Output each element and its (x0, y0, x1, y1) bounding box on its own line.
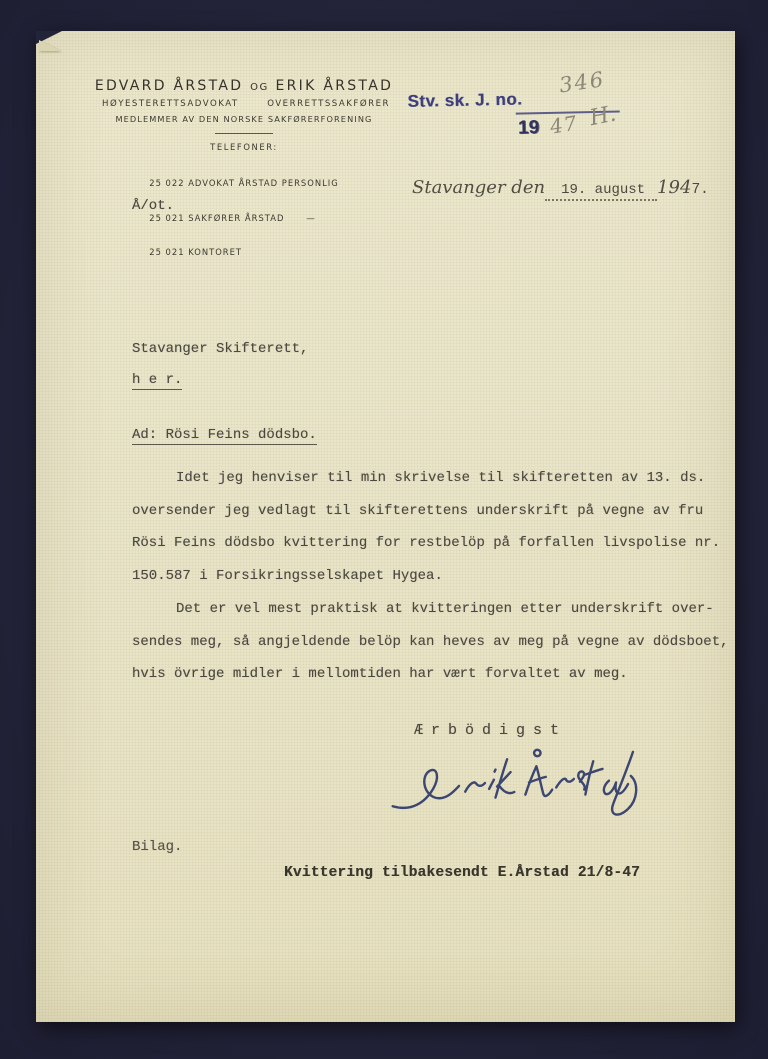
letterhead-title-right: OVERRETTSSAKFØRER (267, 99, 390, 109)
letterhead-name-second: ERIK ÅRSTAD (276, 78, 394, 94)
dateline-year-typed: 7. (691, 182, 708, 198)
letterhead-titles: HØYESTERETTSADVOKAT OVERRETTSSAKFØRER (88, 99, 400, 109)
letterhead-name-conjunction: og (250, 82, 269, 93)
journal-stamp: Stv. sk. J. no. 346 19 47 H. (407, 72, 689, 178)
letterhead: EDVARD ÅRSTAD og ERIK ÅRSTAD HØYESTERETT… (88, 78, 400, 282)
body-line: oversender jeg vedlagt til skifterettens… (132, 495, 742, 528)
letterhead-names: EDVARD ÅRSTAD og ERIK ÅRSTAD (88, 78, 400, 94)
paragraph-2: Det er vel mest praktisk at kvitteringen… (132, 593, 742, 691)
handwritten-signature (387, 740, 642, 829)
recipient-address: Stavanger Skifterett, h e r. (132, 334, 308, 396)
journal-clerk-initial: H. (588, 102, 619, 132)
dateline: Stavanger den19. august1947. (412, 177, 709, 201)
phone-line: 25 022 ADVOKAT ÅRSTAD PERSONLIG (149, 178, 339, 190)
body-line: Det er vel mest praktisk at kvitteringen… (132, 593, 742, 626)
phone-line: 25 021 KONTORET (149, 247, 339, 259)
enclosure-note: Bilag. (132, 839, 182, 855)
scan-background: { "colors": { "background": "#232339", "… (0, 0, 768, 1059)
letterhead-title-left: HØYESTERETTSADVOKAT (102, 99, 239, 109)
letterhead-name-first: EDVARD ÅRSTAD (95, 78, 244, 94)
letterhead-divider (215, 133, 273, 134)
folded-corner-flap (39, 40, 61, 51)
letterhead-phone-list: 25 022 ADVOKAT ÅRSTAD PERSONLIG 25 021 S… (149, 155, 339, 282)
dateline-place-printed: Stavanger den (412, 177, 545, 198)
dateline-year-printed: 194 (657, 177, 691, 198)
return-note: Kvittering tilbakesendt E.Årstad 21/8-47 (284, 865, 640, 881)
letterhead-membership: MEDLEMMER AV DEN NORSKE SAKFØRERFORENING (88, 114, 400, 124)
body-line: Rösi Feins dödsbo kvittering for restbel… (132, 527, 742, 560)
letter-body: Idet jeg henviser til min skrivelse til … (132, 462, 742, 691)
letterhead-phones-heading: TELEFONER: (88, 142, 400, 152)
journal-year-stamped: 19 (518, 117, 540, 139)
recipient-line-her: h e r. (132, 372, 182, 390)
journal-stamp-label: Stv. sk. J. no. (407, 90, 522, 112)
reference-initials: Å/ot. (132, 198, 174, 214)
journal-year-handwritten: 47 (548, 111, 579, 139)
subject-line: Ad: Rösi Feins dödsbo. (132, 427, 317, 445)
body-line: sendes meg, så angjeldende belöp kan hev… (132, 626, 742, 659)
body-line: 150.587 i Forsikringsselskapet Hygea. (132, 560, 742, 593)
letter-paper: EDVARD ÅRSTAD og ERIK ÅRSTAD HØYESTERETT… (36, 31, 735, 1022)
body-line: hvis övrige midler i mellomtiden har vær… (132, 658, 742, 691)
dateline-date-typed: 19. august (545, 182, 657, 201)
paragraph-1: Idet jeg henviser til min skrivelse til … (132, 462, 742, 592)
phone-line: 25 021 SAKFØRER ÅRSTAD — (149, 213, 339, 225)
recipient-line: Stavanger Skifterett, (132, 334, 308, 365)
body-line: Idet jeg henviser til min skrivelse til … (132, 462, 742, 495)
journal-number-handwritten: 346 (558, 67, 607, 97)
valediction: Ærbödigst (414, 722, 567, 739)
signature-ink-strokes (387, 740, 642, 829)
